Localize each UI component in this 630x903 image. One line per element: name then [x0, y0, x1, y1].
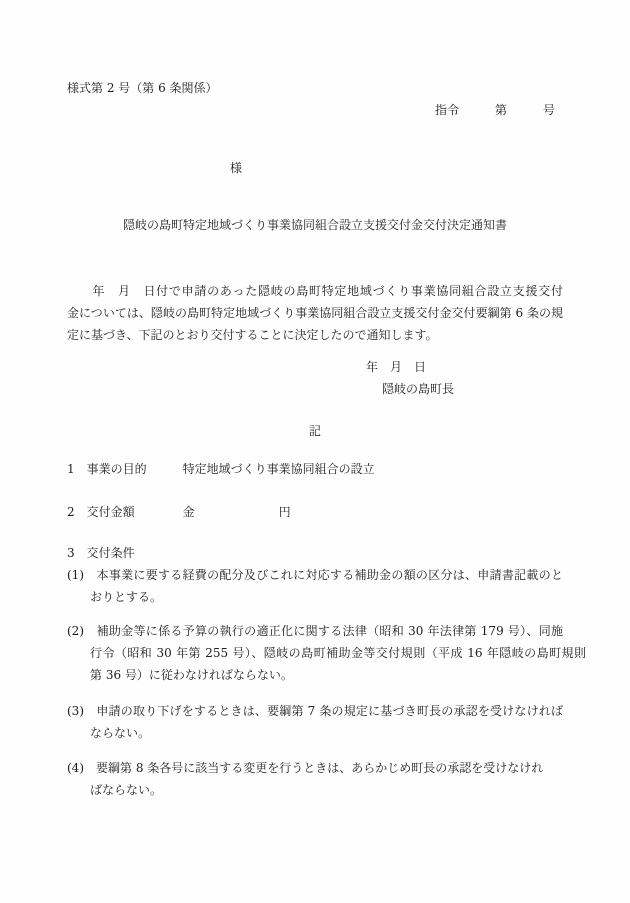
condition-1: (1) 本事業に要する経費の配分及びこれに対応する補助金の額の区分は、申請書記載… [67, 564, 630, 608]
record-heading: 記 [67, 420, 563, 442]
condition-2-line-1: (2) 補助金等に係る予算の執行の適正化に関する法律（昭和 30 年法律第 17… [67, 620, 563, 642]
condition-1-line-1: (1) 本事業に要する経費の配分及びこれに対応する補助金の額の区分は、申請書記載… [67, 564, 563, 586]
document-title: 隠岐の島町特定地域づくり事業協同組合設立支援交付金交付決定通知書 [67, 214, 563, 236]
condition-4-line-1: (4) 要綱第 8 条各号に該当する変更を行うときは、あらかじめ町長の承認を受け… [67, 757, 563, 779]
condition-3-line-1: (3) 申請の取り下げをするときは、要綱第 7 条の規定に基づき町長の承認を受け… [67, 700, 563, 722]
body-paragraph: 年 月 日付で申請のあった隠岐の島町特定地域づくり事業協同組合設立支援交付 金に… [67, 280, 630, 346]
item-business-purpose: 1 事業の目的 特定地域づくり事業協同組合の設立 [67, 458, 630, 480]
body-line-3: 定に基づき、下記のとおり交付することに決定したので通知します。 [67, 324, 563, 346]
condition-4: (4) 要綱第 8 条各号に該当する変更を行うときは、あらかじめ町長の承認を受け… [67, 757, 630, 801]
condition-1-line-2: おりとする。 [67, 586, 586, 608]
condition-2-line-3: 第 36 号）に従わなければならない。 [67, 664, 586, 686]
item-grant-amount: 2 交付金額 金 円 [67, 501, 630, 523]
document-page: 様式第 2 号（第 6 条関係） 指令 第 号 様 隠岐の島町特定地域づくり事業… [0, 0, 630, 903]
body-line-1: 年 月 日付で申請のあった隠岐の島町特定地域づくり事業協同組合設立支援交付 [67, 280, 563, 302]
body-line-2: 金については、隠岐の島町特定地域づくり事業協同組合設立支援交付金交付要綱第 6 … [67, 302, 563, 324]
form-number: 様式第 2 号（第 6 条関係） [67, 77, 630, 99]
condition-2: (2) 補助金等に係る予算の執行の適正化に関する法律（昭和 30 年法律第 17… [67, 620, 630, 686]
condition-3-line-2: ならない。 [67, 722, 586, 744]
addressee-honorific: 様 [230, 157, 630, 179]
condition-3: (3) 申請の取り下げをするときは、要綱第 7 条の規定に基づき町長の承認を受け… [67, 700, 630, 744]
issue-date-line: 年 月 日 [366, 356, 630, 378]
condition-4-line-2: ばならない。 [67, 779, 586, 801]
conditions-heading: 3 交付条件 [67, 542, 630, 564]
issuer-title: 隠岐の島町長 [382, 378, 630, 400]
condition-2-line-2: 行令（昭和 30 年第 255 号）、隠岐の島町補助金等交付規則（平成 16 年… [67, 642, 586, 664]
directive-number-line: 指令 第 号 [67, 99, 555, 121]
